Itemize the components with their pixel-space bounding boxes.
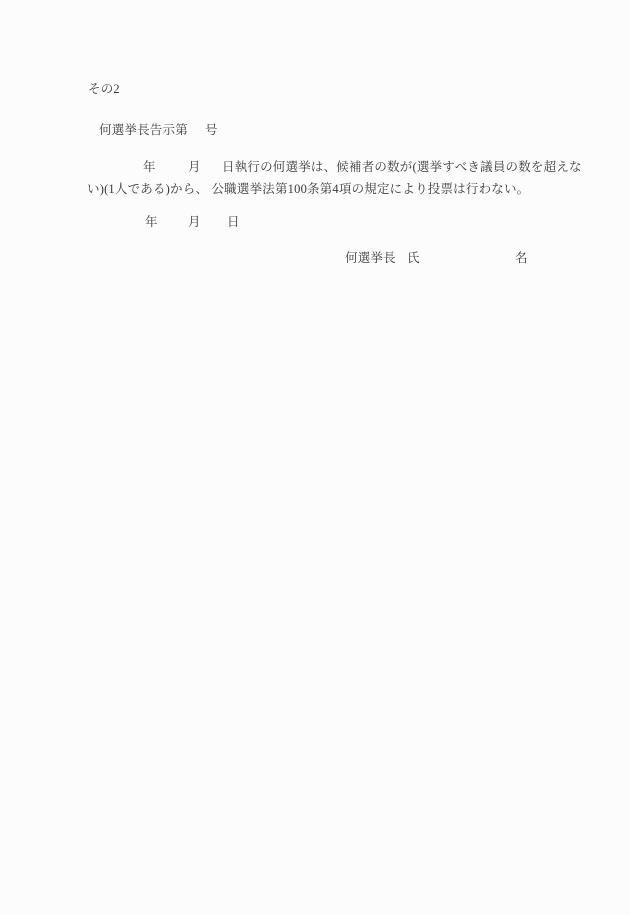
body-month-label: 月 xyxy=(188,160,201,175)
notice-number-suffix: 号 xyxy=(205,123,218,138)
page-label: その2 xyxy=(88,82,120,97)
body-paragraph-line1: 日執行の何選挙は、候補者の数が(選挙すべき議員の数を超えな xyxy=(222,160,582,175)
date-day-label: 日 xyxy=(227,215,240,230)
date-month-label: 月 xyxy=(188,215,201,230)
signature-surname-label: 氏 xyxy=(407,251,420,266)
body-year-label: 年 xyxy=(143,160,156,175)
notice-number-line-text: 何選挙長告示第 xyxy=(99,123,188,138)
date-year-label: 年 xyxy=(145,215,158,230)
signature-title: 何選挙長 xyxy=(345,251,396,266)
body-paragraph-line2: い)(1人である)から、 公職選挙法第100条第4項の規定により投票は行わない。 xyxy=(87,182,529,197)
signature-given-name-label: 名 xyxy=(515,251,528,266)
document-page: その2 何選挙長告示第 号 年 月 日執行の何選挙は、候補者の数が(選挙すべき議… xyxy=(0,0,630,915)
